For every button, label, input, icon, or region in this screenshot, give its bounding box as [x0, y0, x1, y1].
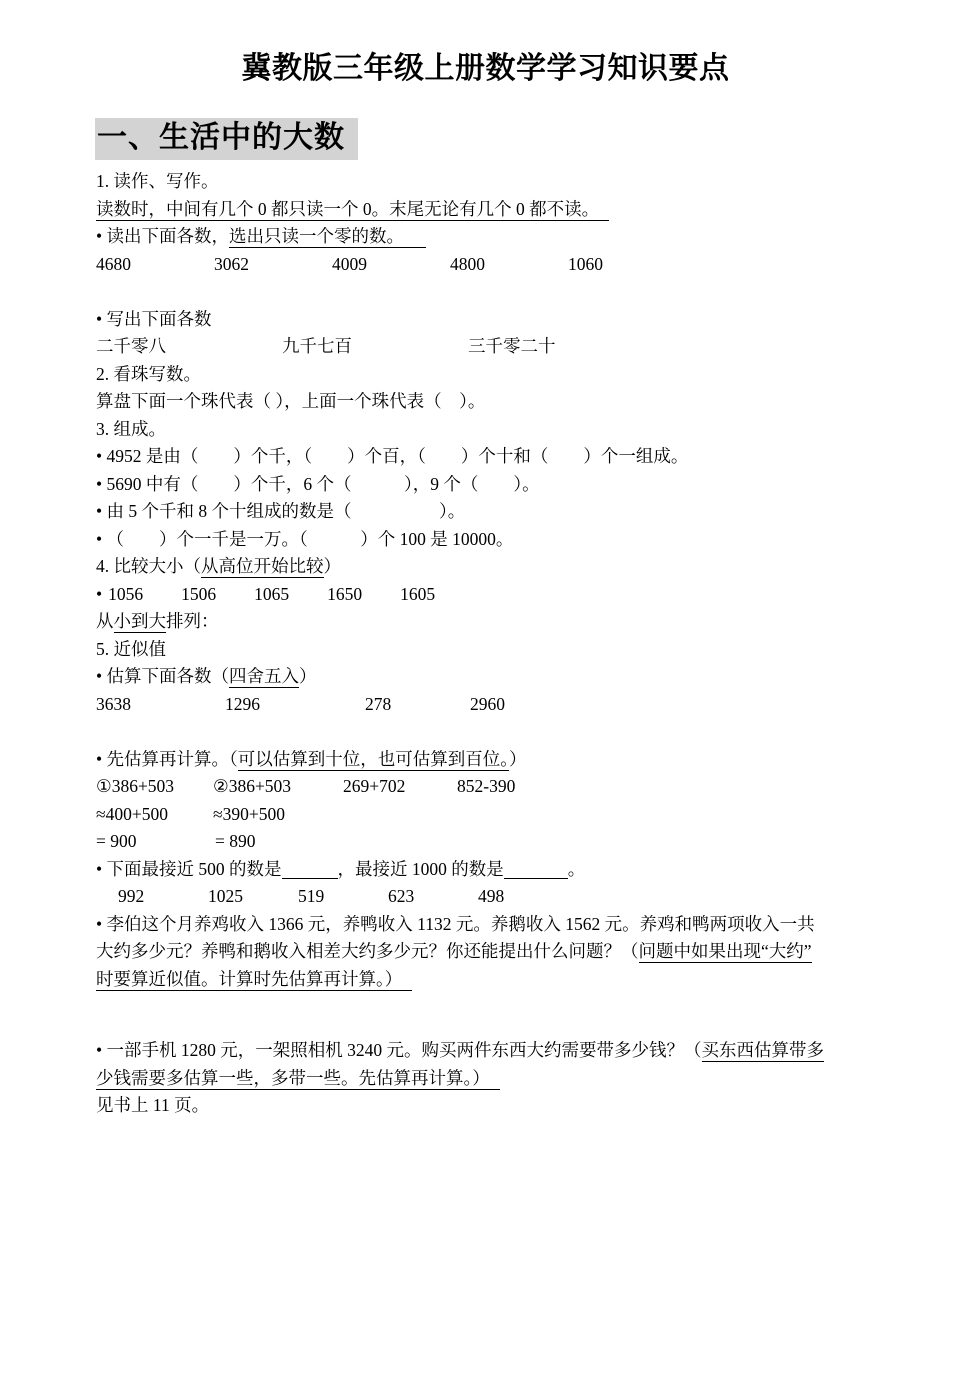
- expression: = 890: [215, 828, 334, 856]
- number-value: 1605: [400, 581, 473, 609]
- bullet-glyph: •: [96, 581, 102, 609]
- section-heading: 一、生活中的大数: [95, 118, 358, 160]
- number-value: 1056: [108, 581, 181, 609]
- number-value: 2960: [470, 691, 505, 719]
- blank-line: [96, 993, 911, 1037]
- sort-prefix: 从: [96, 611, 114, 631]
- word-problem-chicken-line2: 大约多少元？养鸭和鹅收入相差大约多少元？你还能提出什么问题？（问题中如果出现“大…: [96, 938, 911, 966]
- book-reference: 见书上 11 页。: [96, 1092, 911, 1120]
- expression: ②386+503: [213, 773, 343, 801]
- abacus-rule-line: 算盘下面一个珠代表（ ），上面一个珠代表（ ）。: [96, 388, 911, 416]
- estimate-suffix: ）: [299, 666, 317, 686]
- composition-item: • 由 5 个千和 8 个十组成的数是（ ）。: [96, 498, 911, 526]
- item-2-heading: 2. 看珠写数。: [96, 361, 911, 389]
- compare-numbers-row: •10561506106516501605: [96, 581, 911, 609]
- item-4-heading: 4. 比较大小（从高位开始比较）: [96, 553, 911, 581]
- chicken-line3-underlined: 时要算近似值。计算时先估算再计算。）: [96, 969, 412, 991]
- estimate-underlined: 四舍五入: [229, 666, 299, 688]
- nearest-part2: ，最接近 1000 的数是: [338, 859, 504, 879]
- number-value: 498: [478, 883, 568, 911]
- estimate-task-line: • 估算下面各数（四舍五入）: [96, 663, 911, 691]
- number-value: 623: [388, 883, 478, 911]
- read-numbers-row: 46803062400948001060: [96, 251, 911, 279]
- calc-underlined: 可以估算到十位，也可估算到百位。: [238, 749, 509, 771]
- compare-heading-suffix: ）: [324, 556, 342, 576]
- expression: ≈390+500: [213, 801, 330, 829]
- expression: 269+702: [343, 773, 457, 801]
- calc-prefix: • 先估算再计算。（: [96, 749, 238, 769]
- word-problem-phone-line1: • 一部手机 1280 元，一架照相机 3240 元。购买两件东西大约需要带多少…: [96, 1037, 911, 1065]
- read-task-underlined: 选出只读一个零的数。: [229, 226, 426, 248]
- problems-row: ①386+503②386+503269+702852-390: [96, 773, 911, 801]
- number-value: 278: [365, 691, 470, 719]
- expression: ≈400+500: [96, 801, 213, 829]
- compare-heading-underlined: 从高位开始比较: [201, 556, 324, 578]
- fill-in-blank: [282, 858, 338, 879]
- reading-rule: 读数时，中间有几个 0 都只读一个 0。末尾无论有几个 0 都不读。: [96, 199, 609, 221]
- section-heading-row: 一、生活中的大数: [95, 118, 971, 160]
- number-value: 3062: [214, 251, 332, 279]
- reading-rule-line: 读数时，中间有几个 0 都只读一个 0。末尾无论有几个 0 都不读。: [96, 196, 911, 224]
- item-3-heading: 3. 组成。: [96, 416, 911, 444]
- number-word: 二千零八: [96, 333, 282, 361]
- number-value: 992: [118, 883, 208, 911]
- word-problem-chicken-line1: • 李伯这个月养鸡收入 1366 元，养鸭收入 1132 元。养鹅收入 1562…: [96, 911, 911, 939]
- number-value: 1296: [225, 691, 365, 719]
- expression: 852-390: [457, 773, 515, 801]
- nearest-part3: 。: [568, 859, 586, 879]
- sort-instruction-line: 从小到大排列：: [96, 608, 911, 636]
- number-value: 1065: [254, 581, 327, 609]
- write-words-row: 二千零八九千七百三千零二十: [96, 333, 911, 361]
- fill-in-blank: [504, 858, 568, 879]
- composition-item: • 4952 是由（ ）个千，（ ）个百，（ ）个十和（ ）个一组成。: [96, 443, 911, 471]
- document-title: 冀教版三年级上册数学学习知识要点: [0, 0, 971, 86]
- number-value: 3638: [96, 691, 225, 719]
- document-body: 1. 读作、写作。 读数时，中间有几个 0 都只读一个 0。末尾无论有几个 0 …: [96, 168, 911, 1120]
- chicken-line2-underlined: 问题中如果出现“大约”: [639, 941, 812, 963]
- estimate-prefix: • 估算下面各数（: [96, 666, 229, 686]
- read-task-line: • 读出下面各数，选出只读一个零的数。: [96, 223, 911, 251]
- write-task-line: • 写出下面各数: [96, 306, 911, 334]
- number-value: 519: [298, 883, 388, 911]
- estimate-numbers-row: 363812962782960: [96, 691, 911, 719]
- compare-heading-prefix: 4. 比较大小（: [96, 556, 201, 576]
- number-value: 1060: [568, 251, 686, 279]
- nearest-question-line: • 下面最接近 500 的数是，最接近 1000 的数是。: [96, 856, 911, 884]
- number-value: 4680: [96, 251, 214, 279]
- approx-step-row: ≈400+500≈390+500: [96, 801, 911, 829]
- blank-line: [96, 278, 911, 306]
- item-1-heading: 1. 读作、写作。: [96, 168, 911, 196]
- expression: ①386+503: [96, 773, 213, 801]
- calc-task-line: • 先估算再计算。（可以估算到十位，也可估算到百位。）: [96, 746, 911, 774]
- composition-item: • （ ）个一千是一万。（ ）个 100 是 10000。: [96, 526, 911, 554]
- document-page: 冀教版三年级上册数学学习知识要点 一、生活中的大数 1. 读作、写作。 读数时，…: [0, 0, 971, 1375]
- calc-suffix: ）: [509, 749, 527, 769]
- composition-item: • 5690 中有（ ）个千，6 个（ ），9 个（ ）。: [96, 471, 911, 499]
- word-problem-phone-line2: 少钱需要多估算一些，多带一些。先估算再计算。）: [96, 1065, 911, 1093]
- word-problem-chicken-line3: 时要算近似值。计算时先估算再计算。）: [96, 966, 911, 994]
- number-word: 九千七百: [282, 333, 468, 361]
- phone-line2-underlined: 少钱需要多估算一些，多带一些。先估算再计算。）: [96, 1068, 500, 1090]
- number-value: 1650: [327, 581, 400, 609]
- number-value: 4800: [450, 251, 568, 279]
- phone-line1-underlined: 买东西估算带多: [702, 1040, 825, 1062]
- result-row: = 900= 890: [96, 828, 911, 856]
- sort-suffix: 排列：: [166, 611, 219, 631]
- phone-line1-plain: • 一部手机 1280 元，一架照相机 3240 元。购买两件东西大约需要带多少…: [96, 1040, 702, 1060]
- expression: = 900: [96, 828, 215, 856]
- item-5-heading: 5. 近似值: [96, 636, 911, 664]
- number-value: 4009: [332, 251, 450, 279]
- read-task-prefix: • 读出下面各数，: [96, 226, 229, 246]
- number-value: 1506: [181, 581, 254, 609]
- sort-underlined: 小到大: [114, 611, 167, 633]
- nearest-part1: • 下面最接近 500 的数是: [96, 859, 282, 879]
- number-value: 1025: [208, 883, 298, 911]
- number-word: 三千零二十: [468, 333, 654, 361]
- chicken-line2-plain: 大约多少元？养鸭和鹅收入相差大约多少元？你还能提出什么问题？（: [96, 941, 639, 961]
- blank-line: [96, 718, 911, 746]
- nearest-numbers-row: 9921025519623498: [96, 883, 911, 911]
